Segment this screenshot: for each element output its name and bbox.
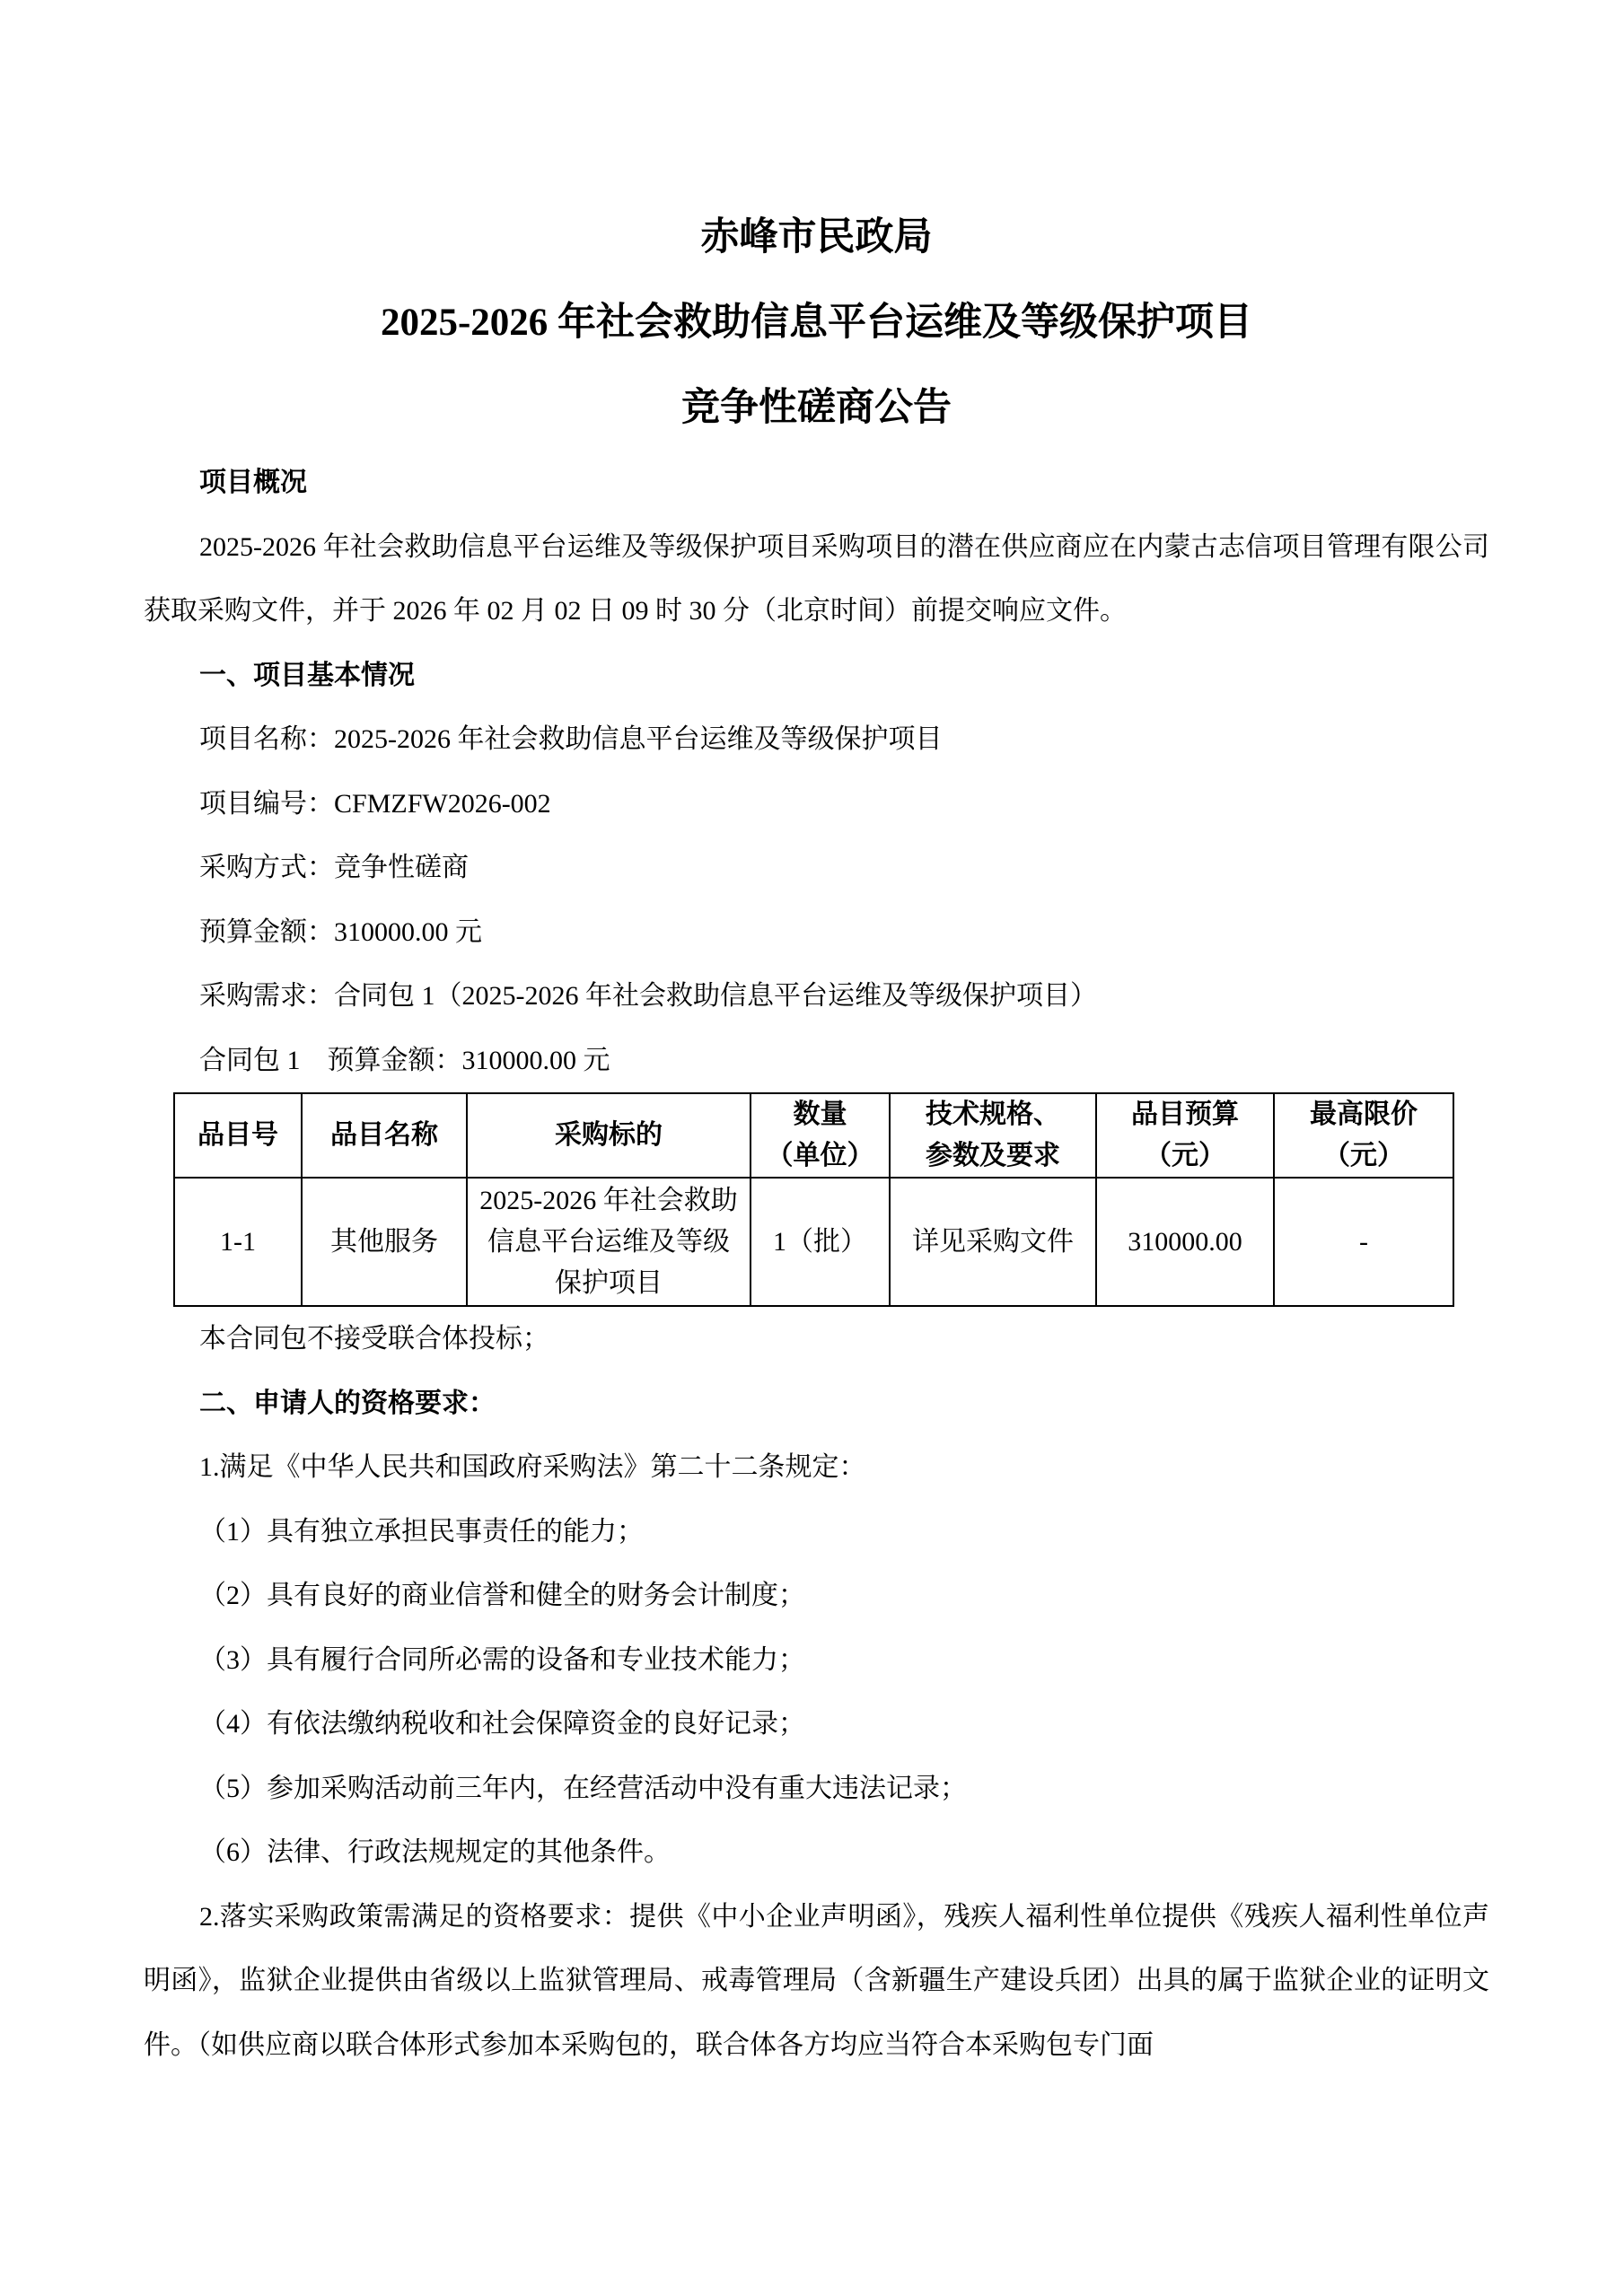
sub-requirement-3: （3）具有履行合同所必需的设备和专业技术能力； [144,1628,1489,1693]
header-procurement-subject: 采购标的 [467,1093,751,1178]
cell-technical-specs: 详见采购文件 [890,1178,1096,1306]
no-consortium-note: 本合同包不接受联合体投标； [144,1307,1489,1371]
overview-paragraph: 2025-2026 年社会救助信息平台运维及等级保护项目采购项目的潜在供应商应在… [144,515,1489,644]
section-qualification-heading: 二、申请人的资格要求： [144,1371,1489,1436]
sub-requirement-4: （4）有依法缴纳税收和社会保障资金的良好记录； [144,1692,1489,1757]
document-page: 赤峰市民政局 2025-2026 年社会救助信息平台运维及等级保护项目 竞争性磋… [0,0,1624,2296]
cell-item-budget: 310000.00 [1096,1178,1274,1306]
cell-item-number: 1-1 [174,1178,302,1306]
cell-quantity-unit: 1（批） [751,1178,890,1306]
announcement-type-title: 竞争性磋商公告 [144,365,1489,451]
project-title: 2025-2026 年社会救助信息平台运维及等级保护项目 [144,280,1489,365]
table-row: 1-1 其他服务 2025-2026 年社会救助信息平台运维及等级保护项目 1（… [174,1178,1453,1306]
header-quantity-unit: 数量 （单位） [751,1093,890,1178]
header-max-price: 最高限价 （元） [1274,1093,1453,1178]
header-item-name: 品目名称 [302,1093,467,1178]
qualification-requirement-1: 1.满足《中华人民共和国政府采购法》第二十二条规定： [144,1435,1489,1500]
sub-requirement-5: （5）参加采购活动前三年内，在经营活动中没有重大违法记录； [144,1757,1489,1821]
overview-heading: 项目概况 [144,451,1489,515]
cell-item-name: 其他服务 [302,1178,467,1306]
sub-requirement-2: （2）具有良好的商业信誉和健全的财务会计制度； [144,1564,1489,1628]
project-number-line: 项目编号：CFMZFW2026-002 [144,772,1489,837]
header-item-number: 品目号 [174,1093,302,1178]
agency-title: 赤峰市民政局 [144,195,1489,280]
cell-max-price: - [1274,1178,1453,1306]
procurement-demand-line: 采购需求：合同包 1（2025-2026 年社会救助信息平台运维及等级保护项目） [144,964,1489,1029]
header-item-budget: 品目预算 （元） [1096,1093,1274,1178]
project-name-line: 项目名称：2025-2026 年社会救助信息平台运维及等级保护项目 [144,707,1489,772]
procurement-items-table: 品目号 品目名称 采购标的 数量 （单位） 技术规格、 参数及要求 品目预算 （… [173,1092,1454,1307]
budget-amount-line: 预算金额：310000.00 元 [144,900,1489,965]
section-basic-heading: 一、项目基本情况 [144,644,1489,708]
procurement-method-line: 采购方式：竞争性磋商 [144,836,1489,900]
package-budget-line: 合同包 1 预算金额：310000.00 元 [144,1029,1489,1093]
cell-procurement-subject: 2025-2026 年社会救助信息平台运维及等级保护项目 [467,1178,751,1306]
table-header-row: 品目号 品目名称 采购标的 数量 （单位） 技术规格、 参数及要求 品目预算 （… [174,1093,1453,1178]
qualification-requirement-2: 2.落实采购政策需满足的资格要求：提供《中小企业声明函》，残疾人福利性单位提供《… [144,1885,1489,2078]
header-technical-specs: 技术规格、 参数及要求 [890,1093,1096,1178]
title-block: 赤峰市民政局 2025-2026 年社会救助信息平台运维及等级保护项目 竞争性磋… [144,195,1489,451]
sub-requirement-6: （6）法律、行政法规规定的其他条件。 [144,1820,1489,1885]
sub-requirement-1: （1）具有独立承担民事责任的能力； [144,1500,1489,1564]
document-body: 项目概况 2025-2026 年社会救助信息平台运维及等级保护项目采购项目的潜在… [144,451,1489,2077]
